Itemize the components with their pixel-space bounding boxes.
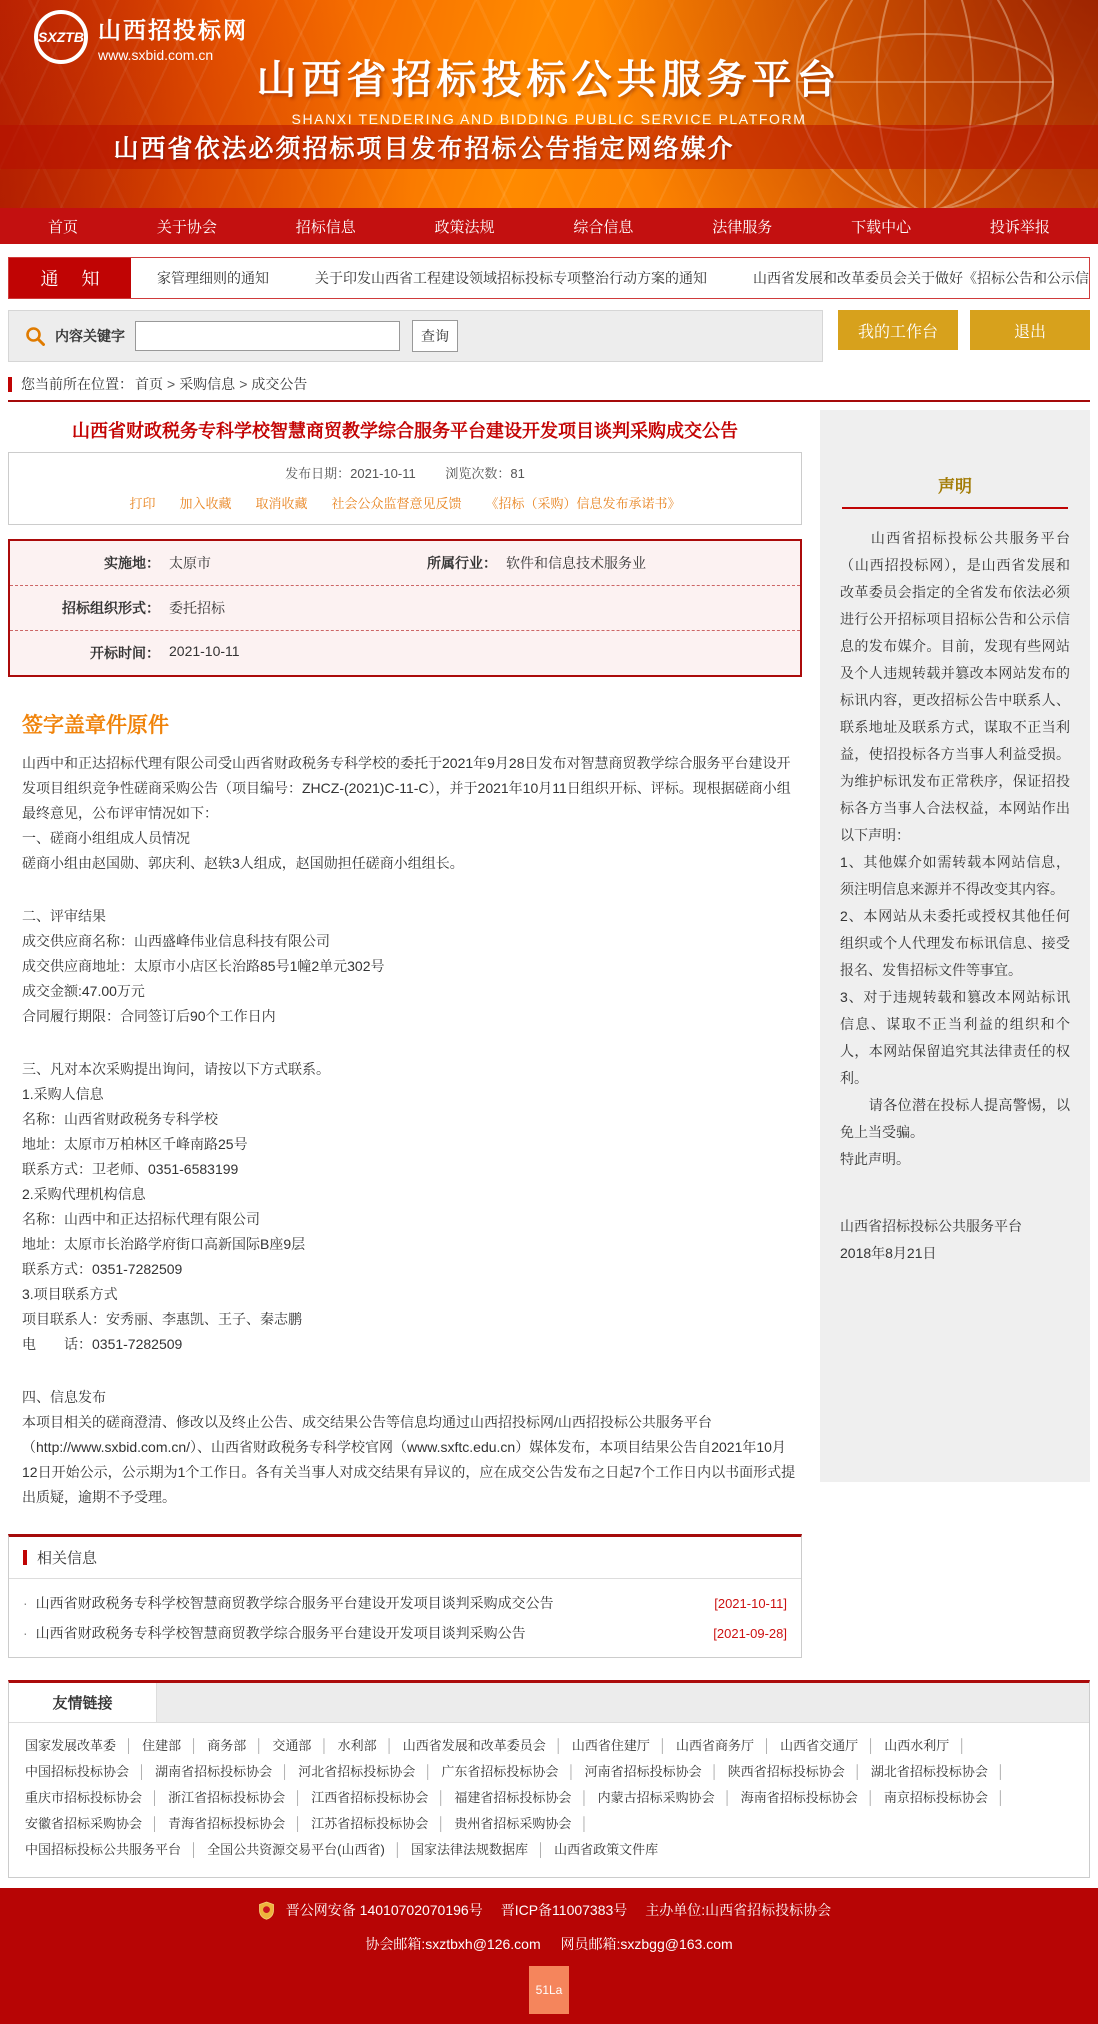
org-form-value: 委托招标 [169,598,225,618]
nav-item-6[interactable]: 法律服务 [712,216,772,237]
related-marker [23,1550,27,1565]
breadcrumb-link-2[interactable]: 采购信息 [179,376,235,392]
statement-paragraph: 请各位潜在投标人提高警惕，以免上当受骗。 [840,1092,1070,1146]
separator: │ [854,1764,862,1779]
related-link-1[interactable]: 山西省财政税务专科学校智慧商贸教学综合服务平台建设开发项目谈判采购成交公告 [36,1593,703,1613]
separator: │ [190,1842,198,1857]
separator: │ [659,1738,667,1753]
related-date: [2021-10-11] [714,1596,787,1611]
friend-link[interactable]: 商务部 [207,1738,246,1753]
info-cell-industry: 所属行业： 软件和信息技术服务业 [405,553,800,573]
article-paragraph: 一、磋商小组组成人员情况 [22,826,798,851]
statement-paragraph: 山西省招标投标公共服务平台（山西招投标网），是山西省发展和改革委员会指定的全省发… [840,525,1070,849]
separator: │ [867,1790,875,1805]
nav-item-7[interactable]: 下载中心 [851,216,911,237]
friend-link[interactable]: 山西省商务厅 [676,1738,754,1753]
related-info-title: 相关信息 [37,1547,97,1568]
breadcrumb-separator: > [167,376,175,392]
breadcrumb-link-3[interactable]: 成交公告 [251,376,307,392]
publish-date-value: 2021-10-11 [350,466,416,481]
friend-link[interactable]: 江西省招标投标协会 [311,1790,428,1805]
breadcrumb-separator: > [239,376,247,392]
separator: │ [394,1842,402,1857]
separator: │ [151,1816,159,1831]
article-body: 山西中和正达招标代理有限公司受山西省财政税务专科学校的委托于2021年9月28日… [8,751,802,1510]
separator: │ [867,1738,875,1753]
friend-links-row: 安徽省招标采购协会│青海省招标投标协会│江苏省招标投标协会│贵州省招标采购协会│ [25,1811,1073,1837]
breadcrumb-prefix: 您当前所在位置： [21,374,133,394]
friend-link[interactable]: 河南省招标投标协会 [585,1764,702,1779]
notice-link-1[interactable]: 家管理细则的通知 [157,268,269,288]
org-form-label: 招标组织形式： [10,598,160,618]
separator: │ [711,1764,719,1779]
separator: │ [958,1738,966,1753]
logo-circle-icon: SXZTB [34,10,88,64]
statement-paragraph: 特此声明。 [840,1146,1070,1173]
nav-item-4[interactable]: 政策法规 [435,216,495,237]
header-slogan-band: 山西省依法必须招标项目发布招标公告指定网络媒介 [0,125,1098,169]
friend-link[interactable]: 福建省招标投标协会 [454,1790,571,1805]
breadcrumb-link-1[interactable]: 首页 [135,376,163,392]
friend-links-box: 友情链接 国家发展改革委│住建部│商务部│交通部│水利部│山西省发展和改革委员会… [8,1680,1090,1878]
nav-item-2[interactable]: 关于协会 [157,216,217,237]
related-list: ·山西省财政税务专科学校智慧商贸教学综合服务平台建设开发项目谈判采购成交公告[2… [9,1579,801,1657]
info-cell-location: 实施地： 太原市 [10,553,405,573]
search-icon [25,326,45,346]
info-cell-org-form: 招标组织形式： 委托招标 [10,598,800,618]
article-paragraph: 地址：太原市万柏林区千峰南路25号 [22,1132,798,1157]
article-paragraph: 电 话：0351-7282509 [22,1332,798,1357]
friend-link[interactable]: 住建部 [142,1738,181,1753]
friend-links-row: 国家发展改革委│住建部│商务部│交通部│水利部│山西省发展和改革委员会│山西省住… [25,1733,1073,1759]
statement-paragraph: 山西省招标投标公共服务平台 [840,1213,1070,1240]
separator: │ [190,1738,198,1753]
article-paragraph: 二、评审结果 [22,904,798,929]
separator: │ [255,1738,263,1753]
friend-link[interactable]: 海南省招标投标协会 [741,1790,858,1805]
statement-paragraph: 2018年8月21日 [840,1240,1070,1267]
location-value: 太原市 [169,553,211,573]
article-paragraph: 成交供应商地址：太原市小店区长治路85号1幢2单元302号 [22,954,798,979]
table-row: 开标时间： 2021-10-11 [10,631,800,675]
related-info-box: 相关信息 ·山西省财政税务专科学校智慧商贸教学综合服务平台建设开发项目谈判采购成… [8,1534,802,1658]
search-row: 内容关键字 查询 我的工作台 退出 [8,310,1090,362]
separator: │ [294,1790,302,1805]
slogan-text: 山西省依法必须招标项目发布招标公告指定网络媒介 [0,129,1098,165]
article-paragraph: 四、信息发布 [22,1385,798,1410]
related-date: [2021-09-28] [713,1626,787,1641]
article-paragraph [22,1357,798,1385]
nav-item-3[interactable]: 招标信息 [296,216,356,237]
article-paragraph [22,876,798,904]
section-heading: 签字盖章件原件 [22,709,802,739]
info-cell-open-time: 开标时间： 2021-10-11 [10,643,800,663]
notice-ticker: 家管理细则的通知关于印发山西省工程建设领域招标投标专项整治行动方案的通知山西省发… [131,258,1089,298]
article-title: 山西省财政税务专科学校智慧商贸教学综合服务平台建设开发项目谈判采购成交公告 [8,418,802,444]
article-actions: 打印加入收藏取消收藏社会公众监督意见反馈《招标（采购）信息发布承诺书》 [9,493,801,512]
friend-link[interactable]: 湖南省招标投标协会 [155,1764,272,1779]
separator: │ [424,1764,432,1779]
nav-item-8[interactable]: 投诉举报 [990,216,1050,237]
friend-link[interactable]: 中国招标投标协会 [25,1764,129,1779]
notice-link-3[interactable]: 山西省发展和改革委员会关于做好《招标公告和公示信息发布管理办 [753,268,1089,288]
friend-link[interactable]: 国家发展改革委 [25,1738,116,1753]
article-paragraph: 磋商小组由赵国勋、郭庆利、赵轶3人组成，赵国勋担任磋商小组组长。 [22,851,798,876]
friend-link[interactable]: 山西水利厅 [884,1738,949,1753]
article-action-3[interactable]: 取消收藏 [255,496,307,511]
article-action-4[interactable]: 社会公众监督意见反馈 [332,496,462,511]
article-paragraph: 名称：山西省财政税务专科学校 [22,1107,798,1132]
friend-link[interactable]: 河北省招标投标协会 [298,1764,415,1779]
search-keyword-label: 内容关键字 [55,326,125,346]
separator: │ [567,1764,575,1779]
page-footer: 晋公网安备 14010702070196号 晋ICP备11007383号 主办单… [0,1888,1098,2024]
member-email: 网员邮箱:sxzbgg@163.com [561,1936,733,1952]
search-input[interactable] [135,321,400,351]
friend-links-row: 中国招标投标协会│湖南省招标投标协会│河北省招标投标协会│广东省招标投标协会│河… [25,1759,1073,1785]
friend-link[interactable]: 陕西省招标投标协会 [728,1764,845,1779]
friend-link[interactable]: 贵州省招标采购协会 [454,1816,571,1831]
nav-item-1[interactable]: 首页 [48,216,78,237]
friend-link[interactable]: 南京招标投标协会 [884,1790,988,1805]
notice-bar: 通 知 家管理细则的通知关于印发山西省工程建设领域招标投标专项整治行动方案的通知… [8,257,1090,299]
notice-link-2[interactable]: 关于印发山西省工程建设领域招标投标专项整治行动方案的通知 [315,268,707,288]
logout-button[interactable]: 退出 [970,310,1090,350]
separator: │ [151,1790,159,1805]
site-header: SXZTB 山西招投标网 www.sxbid.com.cn 山西省招标投标公共服… [0,0,1098,208]
separator: │ [997,1790,1005,1805]
friend-links-body: 国家发展改革委│住建部│商务部│交通部│水利部│山西省发展和改革委员会│山西省住… [9,1723,1089,1877]
article-paragraph [22,1029,798,1057]
separator: │ [724,1790,732,1805]
friend-links-row: 重庆市招标投标协会│浙江省招标投标协会│江西省招标投标协会│福建省招标投标协会│… [25,1785,1073,1811]
statement-paragraph [840,1173,1070,1213]
article-action-2[interactable]: 加入收藏 [179,496,231,511]
article-paragraph: 成交金额:47.00万元 [22,979,798,1004]
article-paragraph: 合同履行期限：合同签订后90个工作日内 [22,1004,798,1029]
friend-link[interactable]: 交通部 [272,1738,311,1753]
bullet-icon: · [23,1625,28,1641]
article-paragraph: 名称：山西中和正达招标代理有限公司 [22,1207,798,1232]
friend-link[interactable]: 中国招标投标公共服务平台 [25,1842,181,1857]
friend-links-row: 中国招标投标公共服务平台│全国公共资源交易平台(山西省)│国家法律法规数据库│山… [25,1837,1073,1863]
article-paragraph: 联系方式：卫老师、0351-6583199 [22,1157,798,1182]
friend-link[interactable]: 山西省发展和改革委员会 [403,1738,546,1753]
statement-title: 声明 [842,472,1068,509]
separator: │ [997,1764,1005,1779]
separator: │ [580,1816,588,1831]
friend-link[interactable]: 安徽省招标采购协会 [25,1816,142,1831]
icp-number[interactable]: 晋ICP备11007383号 [501,1900,628,1920]
article-action-5[interactable]: 《招标（采购）信息发布承诺书》 [486,496,681,511]
friend-link[interactable]: 内蒙古招标采购协会 [598,1790,715,1805]
publish-date-label: 发布日期： [285,466,350,481]
related-link-2[interactable]: 山西省财政税务专科学校智慧商贸教学综合服务平台建设开发项目谈判采购公告 [36,1623,702,1643]
logo-site-name: 山西招投标网 [98,12,248,45]
query-button[interactable]: 查询 [412,320,458,352]
related-list-item: ·山西省财政税务专科学校智慧商贸教学综合服务平台建设开发项目谈判采购公告[202… [23,1623,787,1643]
views-label: 浏览次数： [445,466,510,481]
article-paragraph: 本项目相关的磋商澄清、修改以及终止公告、成交结果公告等信息均通过山西招投标网/山… [22,1410,798,1510]
friend-link[interactable]: 水利部 [338,1738,377,1753]
friend-link[interactable]: 青海省招标投标协会 [168,1816,285,1831]
separator: │ [320,1738,328,1753]
friend-link[interactable]: 广东省招标投标协会 [441,1764,558,1779]
separator: │ [437,1790,445,1805]
article-paragraph: 地址：太原市长治路学府街口高新国际B座9层 [22,1232,798,1257]
statement-paragraph: 1、其他媒介如需转载本网站信息，须注明信息来源并不得改变其内容。 [840,849,1070,903]
separator: │ [580,1790,588,1805]
table-row: 招标组织形式： 委托招标 [10,586,800,631]
article-column: 山西省财政税务专科学校智慧商贸教学综合服务平台建设开发项目谈判采购成交公告 发布… [8,402,802,1658]
separator: │ [437,1816,445,1831]
51la-stat-badge[interactable]: 51La [529,1966,569,2014]
main-navigation: 首页关于协会招标信息政策法规综合信息法律服务下载中心投诉举报 [0,208,1098,244]
association-email: 协会邮箱:sxztbxh@126.com [365,1936,540,1952]
friend-link[interactable]: 浙江省招标投标协会 [168,1790,285,1805]
article-paragraph: 2.采购代理机构信息 [22,1182,798,1207]
article-paragraph: 成交供应商名称：山西盛峰伟业信息科技有限公司 [22,929,798,954]
separator: │ [125,1738,133,1753]
open-time-value: 2021-10-11 [169,643,240,663]
notice-label: 通 知 [9,258,131,298]
separator: │ [555,1738,563,1753]
tab-friend-links[interactable]: 友情链接 [9,1683,157,1722]
friend-link[interactable]: 湖北省招标投标协会 [871,1764,988,1779]
article-paragraph: 联系方式：0351-7282509 [22,1257,798,1282]
separator: │ [138,1764,146,1779]
related-list-item: ·山西省财政税务专科学校智慧商贸教学综合服务平台建设开发项目谈判采购成交公告[2… [23,1593,787,1613]
article-action-1[interactable]: 打印 [129,496,155,511]
separator: │ [537,1842,545,1857]
industry-value: 软件和信息技术服务业 [506,553,646,573]
friend-link[interactable]: 重庆市招标投标协会 [25,1790,142,1805]
separator: │ [294,1816,302,1831]
article-paragraph: 3.项目联系方式 [22,1282,798,1307]
statement-paragraph: 2、本网站从未委托或授权其他任何组织或个人代理发布标讯信息、接受报名、发售招标文… [840,903,1070,984]
logo-site-url: www.sxbid.com.cn [98,47,248,63]
friend-link[interactable]: 山西省交通厅 [780,1738,858,1753]
industry-label: 所属行业： [405,553,497,573]
friend-links-tabs: 友情链接 [9,1683,1089,1723]
friend-link[interactable]: 全国公共资源交易平台(山西省) [207,1842,385,1857]
site-logo[interactable]: SXZTB 山西招投标网 www.sxbid.com.cn [34,10,248,64]
related-info-header: 相关信息 [9,1537,801,1579]
breadcrumb: 您当前所在位置： 首页>采购信息>成交公告 [8,374,1090,394]
nav-item-5[interactable]: 综合信息 [573,216,633,237]
article-paragraph: 山西中和正达招标代理有限公司受山西省财政税务专科学校的委托于2021年9月28日… [22,751,798,826]
separator: │ [763,1738,771,1753]
main-area: 山西省财政税务专科学校智慧商贸教学综合服务平台建设开发项目谈判采购成交公告 发布… [8,402,1090,1658]
article-meta-box: 发布日期：2021-10-11 浏览次数：81 打印加入收藏取消收藏社会公众监督… [8,452,802,525]
table-row: 实施地： 太原市 所属行业： 软件和信息技术服务业 [10,541,800,586]
location-label: 实施地： [10,553,160,573]
views-value: 81 [510,466,524,481]
organizer-text: 主办单位:山西省招标投标协会 [645,1900,831,1920]
article-paragraph: 1.采购人信息 [22,1082,798,1107]
friend-link[interactable]: 江苏省招标投标协会 [311,1816,428,1831]
statement-sidebar: 声明 山西省招标投标公共服务平台（山西招投标网），是山西省发展和改革委员会指定的… [820,410,1090,1482]
article-paragraph: 三、凡对本次采购提出询问，请按以下方式联系。 [22,1057,798,1082]
project-info-table: 实施地： 太原市 所属行业： 软件和信息技术服务业 招标组织形式： 委托招标 开… [8,539,802,677]
my-workbench-button[interactable]: 我的工作台 [838,310,958,350]
separator: │ [386,1738,394,1753]
friend-link[interactable]: 山西省政策文件库 [554,1842,658,1857]
article-paragraph: 项目联系人：安秀丽、李惠凯、王子、秦志鹏 [22,1307,798,1332]
friend-link[interactable]: 山西省住建厅 [572,1738,650,1753]
statement-paragraph: 3、对于违规转载和篡改本网站标讯信息、谋取不正当利益的组织和个人，本网站保留追究… [840,984,1070,1092]
separator: │ [281,1764,289,1779]
bullet-icon: · [23,1595,28,1611]
security-badge-icon [258,1901,275,1920]
friend-link[interactable]: 国家法律法规数据库 [411,1842,528,1857]
search-box: 内容关键字 查询 [8,310,823,362]
open-time-label: 开标时间： [10,643,160,663]
breadcrumb-marker [8,377,12,392]
beian-number[interactable]: 晋公网安备 14010702070196号 [286,1900,483,1920]
